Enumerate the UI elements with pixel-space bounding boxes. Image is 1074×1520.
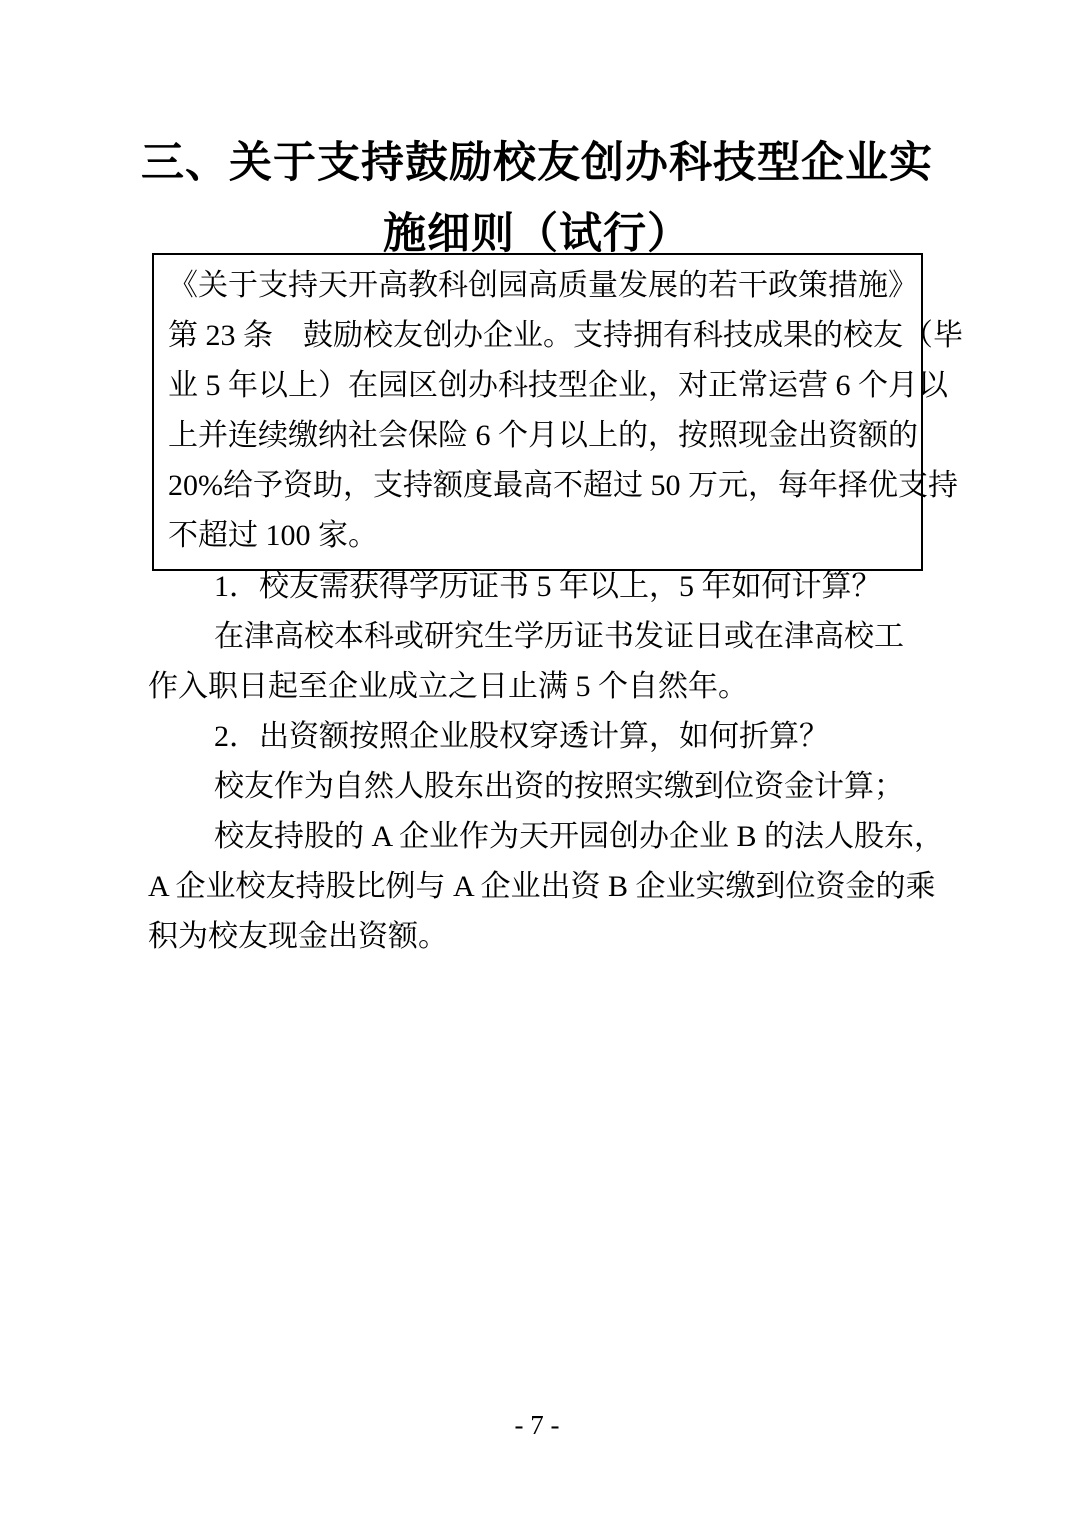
page-title-line-1: 三、关于支持鼓励校友创办科技型企业实 <box>0 128 1074 199</box>
page-number: - 7 - <box>0 1408 1074 1442</box>
body-line: A 企业校友持股比例与 A 企业出资 B 企业实缴到位资金的乘 <box>148 862 928 912</box>
policy-box-line: 业 5 年以上）在园区创办科技型企业，对正常运营 6 个月以 <box>168 361 907 411</box>
document-body: 1．校友需获得学历证书 5 年以上，5 年如何计算？ 在津高校本科或研究生学历证… <box>148 562 928 962</box>
body-line: 作入职日起至企业成立之日止满 5 个自然年。 <box>148 662 928 712</box>
policy-box-line: 不超过 100 家。 <box>168 511 907 561</box>
body-line: 校友作为自然人股东出资的按照实缴到位资金计算； <box>148 762 928 812</box>
body-line: 在津高校本科或研究生学历证书发证日或在津高校工 <box>148 612 928 662</box>
policy-box-line: 20%给予资助，支持额度最高不超过 50 万元，每年择优支持 <box>168 461 907 511</box>
body-line: 积为校友现金出资额。 <box>148 912 928 962</box>
policy-box-line: 上并连续缴纳社会保险 6 个月以上的，按照现金出资额的 <box>168 411 907 461</box>
page-title: 三、关于支持鼓励校友创办科技型企业实 施细则（试行） <box>0 128 1074 270</box>
body-line: 校友持股的 A 企业作为天开园创办企业 B 的法人股东， <box>148 812 928 862</box>
policy-box-line: 第 23 条 鼓励校友创办企业。支持拥有科技成果的校友（毕 <box>168 311 907 361</box>
document-page: 三、关于支持鼓励校友创办科技型企业实 施细则（试行） 《关于支持天开高教科创园高… <box>0 0 1074 1520</box>
body-line: 2．出资额按照企业股权穿透计算，如何折算？ <box>148 712 928 762</box>
body-line: 1．校友需获得学历证书 5 年以上，5 年如何计算？ <box>148 562 928 612</box>
policy-box-line: 《关于支持天开高教科创园高质量发展的若干政策措施》 <box>168 261 907 311</box>
policy-quote-box: 《关于支持天开高教科创园高质量发展的若干政策措施》 第 23 条 鼓励校友创办企… <box>152 253 923 571</box>
